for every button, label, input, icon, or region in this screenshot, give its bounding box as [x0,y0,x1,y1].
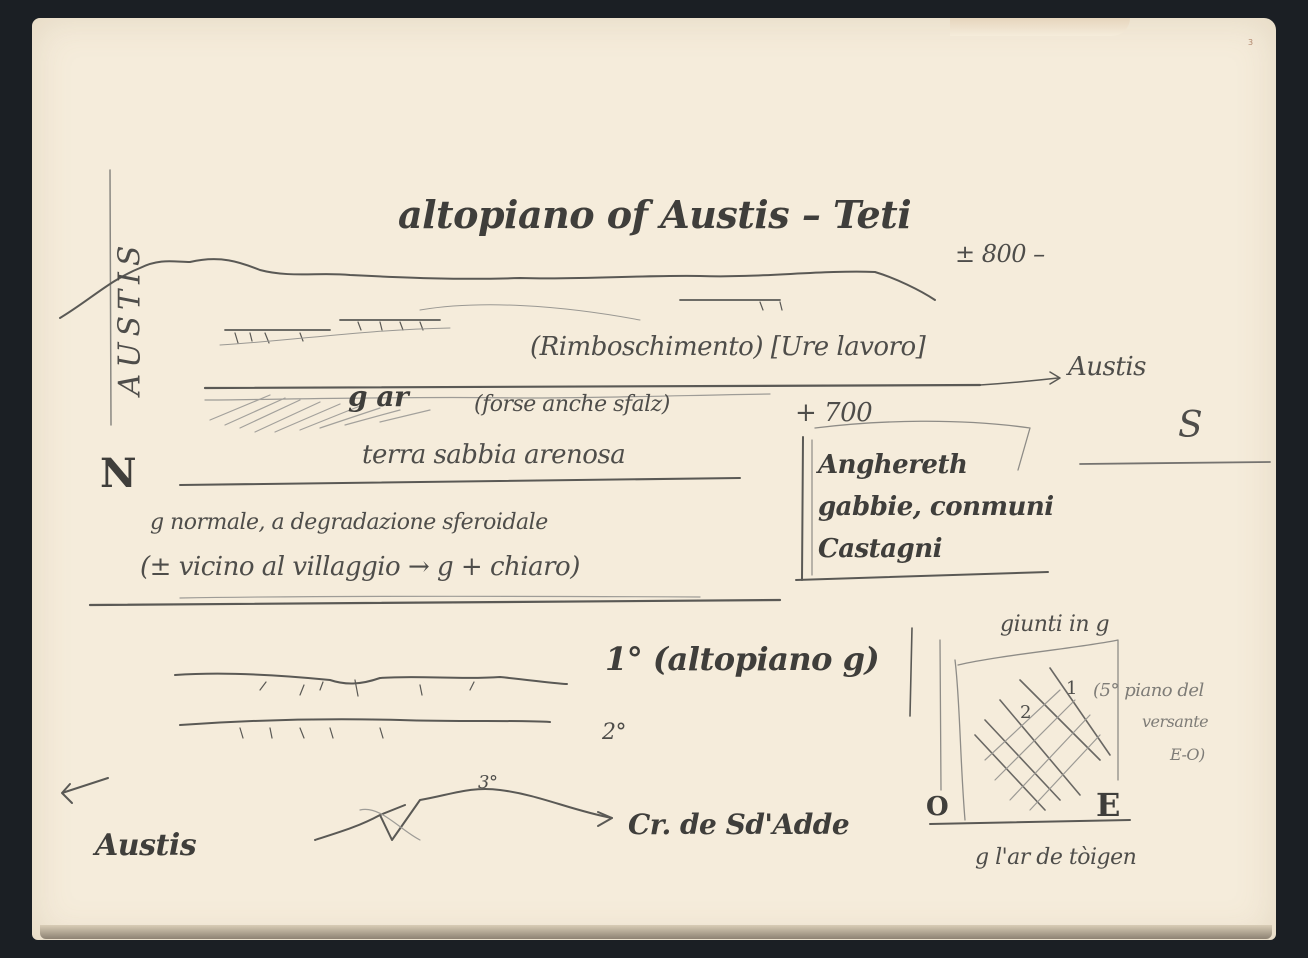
diagram-num-1: 1 [1066,678,1077,699]
margin-vertical-label: AUSTIS [112,240,147,396]
arrow-left-icon [62,778,108,803]
elevation-top: ± 800 – [955,240,1045,268]
diagram-note-1: (5° piano del [1093,680,1204,701]
label-second: 2° [602,720,626,745]
box-line-2: gabbie, conmuni [818,492,1054,522]
note-forse-anche: (forse anche sfalz) [474,392,670,417]
diagram-title: giunti in g [1000,612,1109,637]
label-austis-left: Austis [95,828,196,863]
label-route-target: Cr. de Sd'Adde [628,808,849,841]
note-g-ar: g ar [348,380,408,413]
sketch-title: altopiano of Austis – Teti [398,192,911,237]
note-rimboschimento: (Rimboschimento) [Ure lavoro] [530,332,925,362]
arrow-right-icon [598,812,612,826]
label-third: 3° [478,772,497,793]
diagram-east: E [1096,786,1120,824]
note-normale: g normale, a degradazione sferoidale [150,510,548,535]
route-sketch [315,789,612,840]
note-austis-right: Austis [1068,352,1146,382]
box-line-1: Anghereth [818,450,967,480]
diagram-note-3: E-O) [1170,745,1205,764]
elevation-mid: + 700 [795,398,872,428]
diagram-caption: g l'ar de tòigen [975,845,1136,870]
landscape-profile-2 [180,719,550,738]
box-line-3: Castagni [818,534,942,564]
divider-line-1 [205,385,980,388]
margin-line [110,170,111,425]
landscape-profile-1 [175,674,567,696]
compass-north: N [100,450,136,497]
note-vicino: (± vicino al villaggio → g + chiaro) [140,552,580,582]
divider-line-2 [180,478,740,485]
divider-line-3 [90,600,780,605]
south-line [1080,462,1270,464]
note-terra-sabbia: terra sabbia arenosa [362,440,625,470]
diagram-west: O [926,792,948,822]
label-altopiano-1: 1° (altopiano g) [605,640,879,678]
diagram-note-2: versante [1142,712,1208,731]
compass-south: S [1178,405,1202,446]
diagram-num-2: 2 [1020,702,1031,723]
